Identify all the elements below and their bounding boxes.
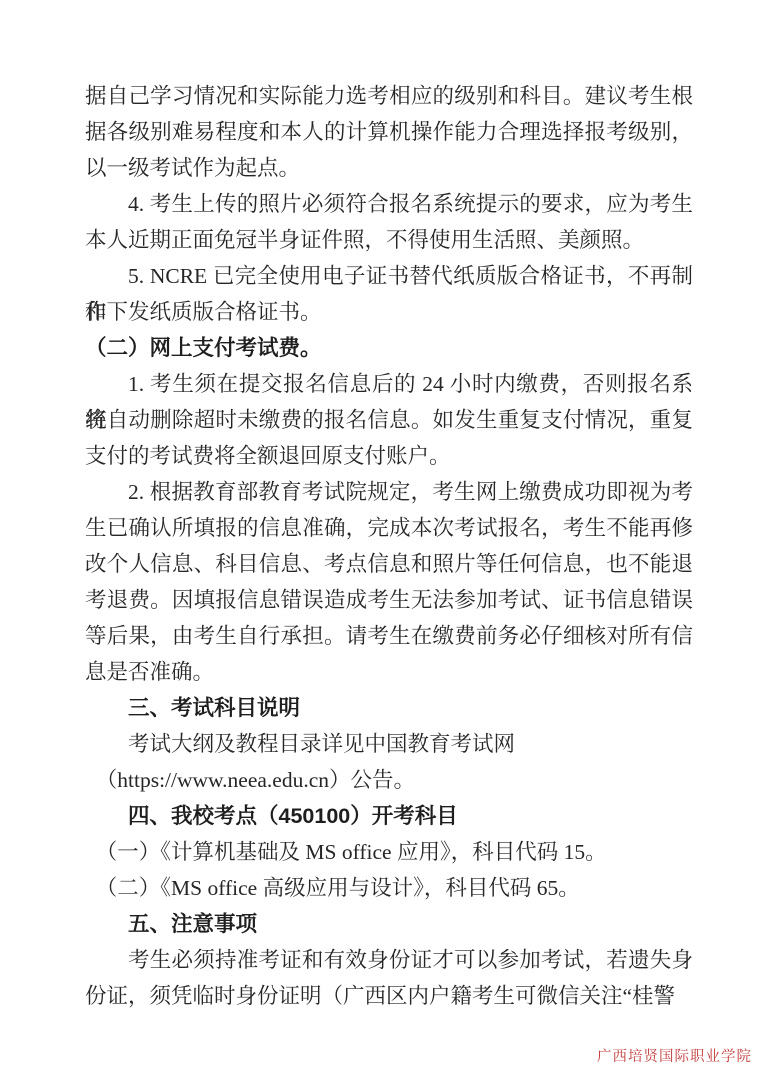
text-line: （https://www.neea.edu.cn）公告。	[85, 762, 693, 798]
section-heading: （二）网上支付考试费。	[85, 330, 693, 366]
text-line: 本人近期正面免冠半身证件照，不得使用生活照、美颜照。	[85, 222, 693, 258]
text-line: （一）《计算机基础及 MS office 应用》，科目代码 15。	[85, 834, 693, 870]
text-line: 据各级别难易程度和本人的计算机操作能力合理选择报考级别，	[85, 114, 693, 150]
text-line: 4. 考生上传的照片必须符合报名系统提示的要求，应为考生	[85, 186, 693, 222]
text-line: 以一级考试作为起点。	[85, 150, 693, 186]
section-heading: 三、考试科目说明	[85, 690, 693, 726]
text-line: 和下发纸质版合格证书。	[85, 294, 693, 330]
text-line: 生已确认所填报的信息准确，完成本次考试报名，考生不能再修	[85, 510, 693, 546]
text-line: 考试大纲及教程目录详见中国教育考试网	[85, 726, 693, 762]
text-line: 1. 考生须在提交报名信息后的 24 小时内缴费，否则报名系统	[85, 366, 693, 402]
text-line: 改个人信息、科目信息、考点信息和照片等任何信息，也不能退	[85, 546, 693, 582]
text-line: 等后果，由考生自行承担。请考生在缴费前务必仔细核对所有信	[85, 618, 693, 654]
institution-watermark: 广西培贤国际职业学院	[597, 1045, 752, 1066]
text-line: 2. 根据教育部教育考试院规定，考生网上缴费成功即视为考	[85, 474, 693, 510]
text-line: （二）《MS office 高级应用与设计》，科目代码 65。	[85, 870, 693, 906]
document-text-body: 据自己学习情况和实际能力选考相应的级别和科目。建议考生根据各级别难易程度和本人的…	[85, 78, 693, 1014]
section-heading: 四、我校考点（450100）开考科目	[85, 798, 693, 834]
text-line: 息是否准确。	[85, 654, 693, 690]
text-line: 5. NCRE 已完全使用电子证书替代纸质版合格证书，不再制作	[85, 258, 693, 294]
text-line: 份证，须凭临时身份证明（广西区内户籍考生可微信关注“桂警	[85, 978, 693, 1014]
document-page: 据自己学习情况和实际能力选考相应的级别和科目。建议考生根据各级别难易程度和本人的…	[0, 0, 764, 1080]
text-line: 支付的考试费将全额退回原支付账户。	[85, 438, 693, 474]
text-line: 将自动删除超时未缴费的报名信息。如发生重复支付情况，重复	[85, 402, 693, 438]
text-line: 考生必须持准考证和有效身份证才可以参加考试，若遗失身	[85, 942, 693, 978]
text-line: 考退费。因填报信息错误造成考生无法参加考试、证书信息错误	[85, 582, 693, 618]
section-heading: 五、注意事项	[85, 906, 693, 942]
text-line: 据自己学习情况和实际能力选考相应的级别和科目。建议考生根	[85, 78, 693, 114]
